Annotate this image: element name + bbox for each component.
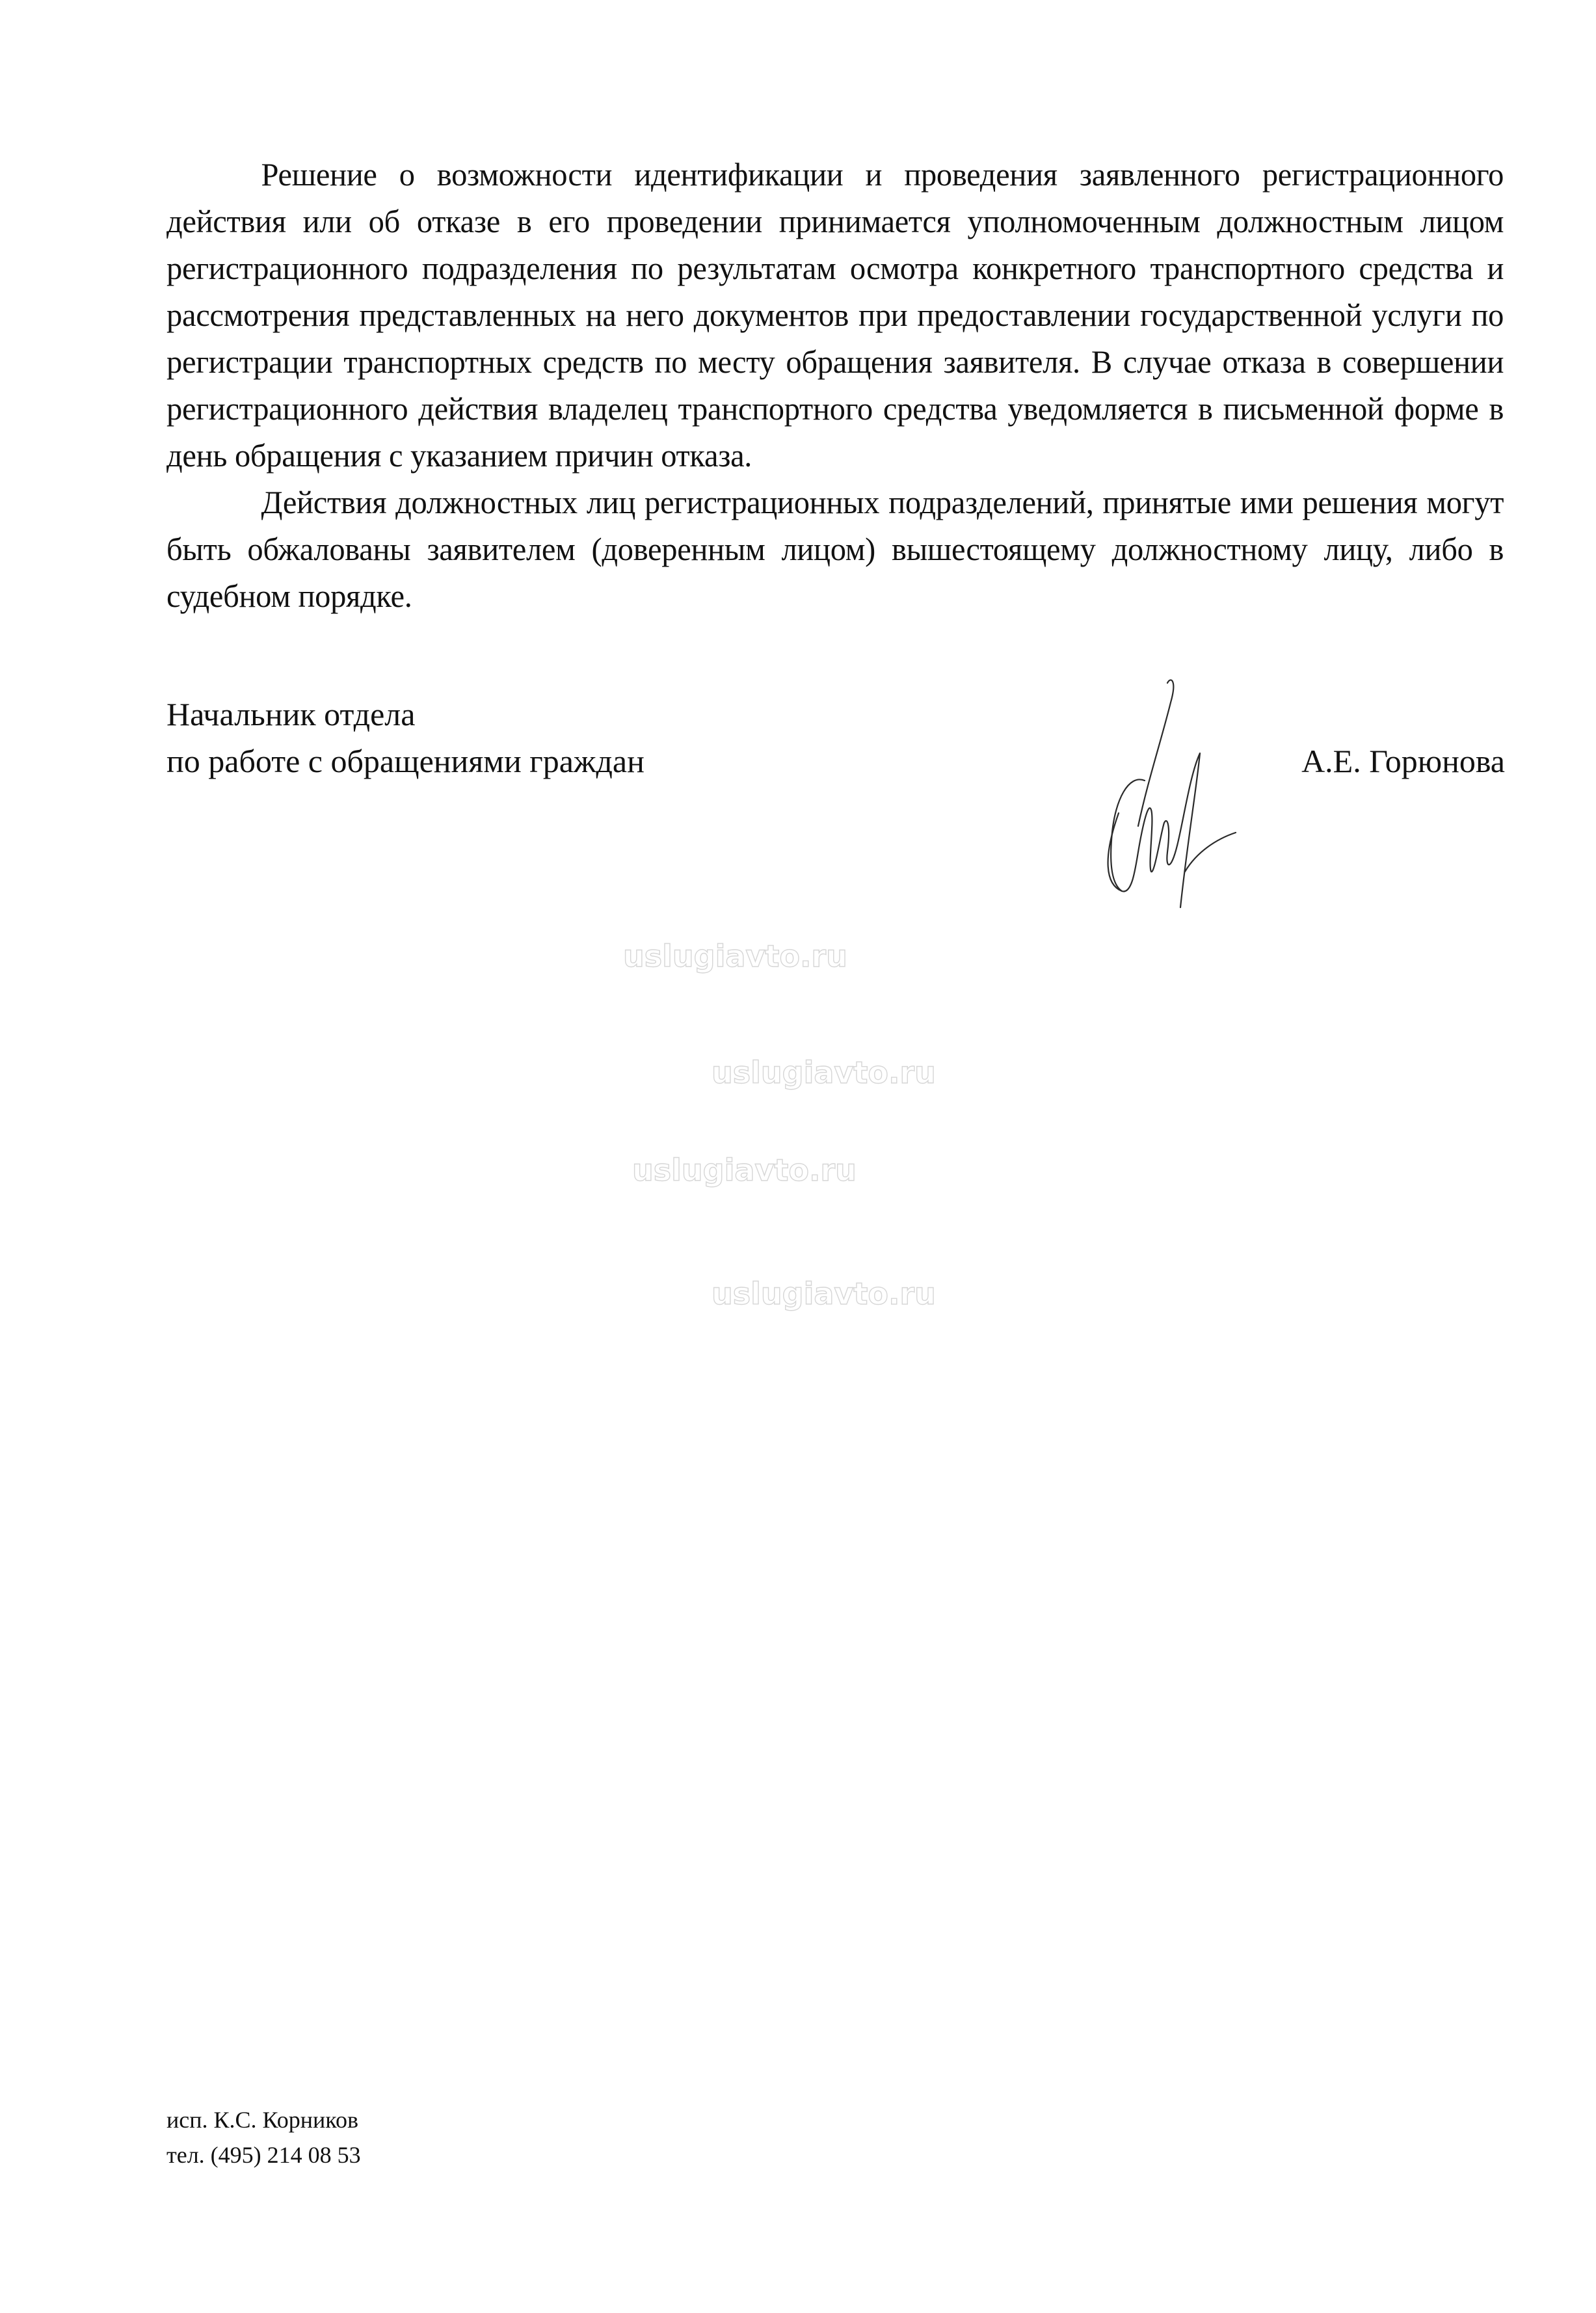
handwritten-signature-icon: [1015, 676, 1288, 937]
executor-name: исп. К.С. Корников: [166, 2102, 361, 2137]
watermark: uslugiavto.ru: [712, 1276, 936, 1311]
watermark: uslugiavto.ru: [632, 1153, 857, 1188]
paragraph-decision: Решение о возможности идентификации и пр…: [166, 151, 1504, 479]
signer-title: Начальник отдела по работе с обращениями…: [166, 691, 645, 784]
letter-body: Решение о возможности идентификации и пр…: [166, 151, 1505, 619]
watermark: uslugiavto.ru: [712, 1055, 936, 1090]
signer-title-line-1: Начальник отдела: [166, 691, 645, 738]
watermark: uslugiavto.ru: [623, 939, 847, 974]
signer-title-line-2: по работе с обращениями граждан: [166, 738, 645, 784]
executor-phone: тел. (495) 214 08 53: [166, 2137, 361, 2173]
paragraph-appeal: Действия должностных лиц регистрационных…: [166, 479, 1504, 619]
document-page: Решение о возможности идентификации и пр…: [0, 0, 1596, 2313]
executor-info: исп. К.С. Корников тел. (495) 214 08 53: [166, 2102, 361, 2173]
signer-name: А.Е. Горюнова: [1301, 738, 1505, 784]
